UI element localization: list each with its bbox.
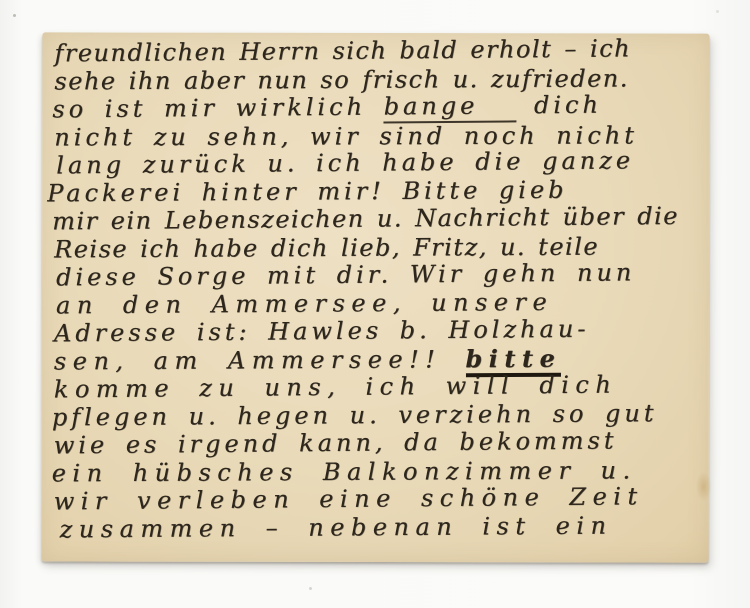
handwriting-line-18: zusammen – nebenan ist ein — [59, 512, 612, 544]
line-text: freundlichen Herrn sich bald erholt – ic… — [54, 34, 631, 67]
dust-speck — [309, 587, 312, 590]
letter-card: freundlichen Herrn sich bald erholt – ic… — [42, 32, 710, 562]
handwriting-line-13: komme zu uns, ich will dich — [54, 371, 618, 404]
line-text: an den Ammersee, unsere — [56, 288, 553, 319]
line-text: so ist mir wirklich — [52, 93, 384, 124]
line-text: mir ein Lebenszeichen u. Nachricht über … — [52, 202, 679, 235]
line-text: wie es irgend kann, da bekommst — [54, 427, 618, 460]
line-text: dich — [516, 91, 602, 120]
line-text: Adresse ist: Hawles b. Holzhau- — [54, 315, 590, 348]
line-text: sen, am Ammersee!! — [54, 345, 466, 375]
line-text: komme zu uns, ich will dich — [54, 371, 618, 404]
handwriting-line-15: wie es irgend kann, da bekommst — [54, 427, 618, 460]
handwriting-line-3: so ist mir wirklich bange dich — [52, 91, 602, 124]
handwriting-line-1: freundlichen Herrn sich bald erholt – ic… — [54, 34, 631, 67]
line-text: lang zurück u. ich habe die ganze — [56, 146, 634, 179]
dust-speck — [13, 14, 16, 17]
line-text: wir verleben eine schöne Zeit — [54, 482, 644, 515]
handwriting-line-10: an den Ammersee, unsere — [56, 288, 553, 319]
dust-speck — [716, 10, 719, 13]
underlined-word-bange: bange — [384, 91, 517, 123]
handwriting-line-11: Adresse ist: Hawles b. Holzhau- — [54, 315, 590, 348]
handwriting-line-9: diese Sorge mit dir. Wir gehn nun — [56, 258, 636, 291]
paper-stain — [696, 472, 712, 502]
line-text: diese Sorge mit dir. Wir gehn nun — [56, 258, 636, 291]
handwriting-line-17: wir verleben eine schöne Zeit — [54, 482, 644, 515]
line-text: zusammen – nebenan ist ein — [59, 512, 612, 544]
handwriting-line-5: lang zurück u. ich habe die ganze — [56, 146, 634, 179]
scanner-background: freundlichen Herrn sich bald erholt – ic… — [0, 0, 750, 608]
handwriting-line-7: mir ein Lebenszeichen u. Nachricht über … — [52, 202, 679, 235]
